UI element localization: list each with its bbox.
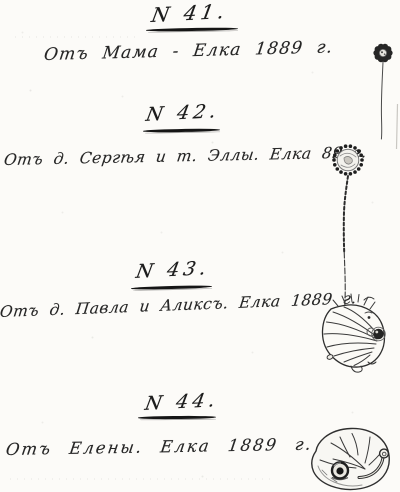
- shell-animal-brooch-icon: [322, 294, 385, 372]
- page-edge-mark: [397, 104, 398, 149]
- leaf-berry-brooch-icon: [312, 428, 390, 489]
- manuscript-page: N 41. Отъ Мама - Елка 1889 г. N 42. Отъ …: [0, 0, 400, 492]
- beaded-stick-pin-icon: [332, 144, 364, 307]
- illustrations-layer: [0, 0, 400, 492]
- rosette-stick-pin-icon: [373, 44, 392, 139]
